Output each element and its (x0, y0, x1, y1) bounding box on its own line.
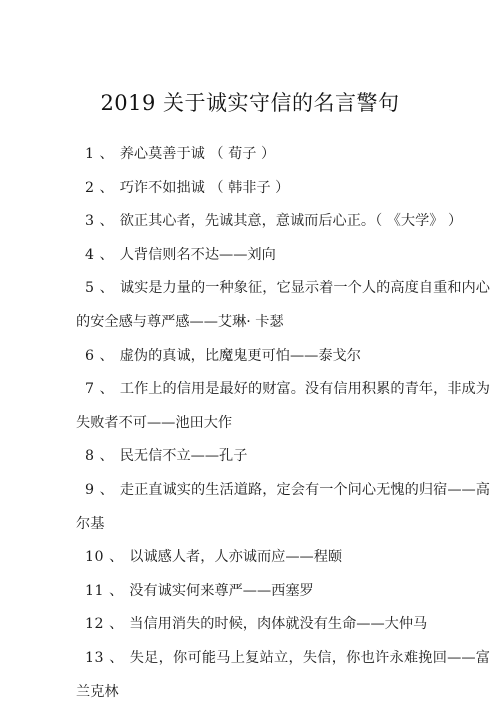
quote-number: 12 (85, 616, 104, 632)
quote-item-5: 5、诚实是力量的一种象征，它显示着一个人的高度自重和内心的安全感与尊严感——艾琳… (76, 272, 490, 339)
list-separator: 、 (100, 213, 114, 229)
document-title: 2019 关于诚实守信的名言警句 (0, 88, 500, 118)
quote-number: 11 (85, 583, 104, 599)
list-separator: 、 (100, 448, 114, 464)
quote-text: 以诚感人者，人亦诚而应——程颐 (129, 549, 342, 565)
quote-number: 13 (85, 650, 104, 666)
quote-text: 诚实是力量的一种象征，它显示着一个人的高度自重和内心的安全感与尊严感——艾琳· … (76, 280, 490, 330)
quote-item-7: 7、工作上的信用是最好的财富。没有信用积累的青年，非成为失败者不可——池田大作 (76, 373, 490, 440)
quote-text: 没有诚实何来尊严——西塞罗 (129, 583, 313, 599)
quote-item-13: 13、失足，你可能马上复站立，失信，你也许永难挽回——富兰克林 (76, 642, 490, 707)
quote-text: 工作上的信用是最好的财富。没有信用积累的青年，非成为失败者不可——池田大作 (76, 381, 490, 431)
quote-item-6: 6、虚伪的真诚，比魔鬼更可怕——泰戈尔 (76, 340, 490, 374)
quote-item-4: 4、人背信则名不达——刘向 (76, 239, 490, 273)
quote-number: 4 (85, 247, 95, 263)
list-separator: 、 (100, 180, 114, 196)
quote-number: 2 (85, 180, 95, 196)
document-page: 2019 关于诚实守信的名言警句 1、养心莫善于诚 （ 荀子 ） 2、巧诈不如拙… (0, 0, 500, 707)
quote-number: 6 (85, 348, 95, 364)
quote-list: 1、养心莫善于诚 （ 荀子 ） 2、巧诈不如拙诚 （ 韩非子 ） 3、欲正其心者… (76, 138, 490, 707)
list-separator: 、 (100, 381, 114, 397)
list-separator: 、 (100, 348, 114, 364)
quote-text: 巧诈不如拙诚 （ 韩非子 ） (120, 180, 290, 196)
quote-number: 3 (85, 213, 95, 229)
quote-text: 民无信不立——孔子 (120, 448, 248, 464)
list-separator: 、 (100, 280, 114, 296)
list-separator: 、 (109, 549, 123, 565)
quote-item-12: 12、当信用消失的时候，肉体就没有生命——大仲马 (76, 608, 490, 642)
quote-number: 8 (85, 448, 95, 464)
quote-item-3: 3、欲正其心者，先诚其意，意诚而后心正。（ 《大学》 ） (76, 205, 490, 239)
quote-text: 虚伪的真诚，比魔鬼更可怕——泰戈尔 (120, 348, 361, 364)
quote-text: 当信用消失的时候，肉体就没有生命——大仲马 (129, 616, 427, 632)
list-separator: 、 (109, 583, 123, 599)
quote-number: 5 (85, 280, 95, 296)
list-separator: 、 (109, 616, 123, 632)
quote-item-1: 1、养心莫善于诚 （ 荀子 ） (76, 138, 490, 172)
quote-number: 1 (85, 146, 95, 162)
quote-number: 9 (85, 482, 95, 498)
quote-text: 人背信则名不达——刘向 (120, 247, 276, 263)
quote-text: 养心莫善于诚 （ 荀子 ） (120, 146, 275, 162)
quote-item-11: 11、没有诚实何来尊严——西塞罗 (76, 575, 490, 609)
list-separator: 、 (109, 650, 124, 666)
quote-item-10: 10、以诚感人者，人亦诚而应——程颐 (76, 541, 490, 575)
quote-item-2: 2、巧诈不如拙诚 （ 韩非子 ） (76, 172, 490, 206)
quote-item-9: 9、走正直诚实的生活道路，定会有一个问心无愧的归宿——高尔基 (76, 474, 490, 541)
quote-number: 10 (85, 549, 104, 565)
quote-number: 7 (85, 381, 95, 397)
quote-item-8: 8、民无信不立——孔子 (76, 440, 490, 474)
list-separator: 、 (100, 482, 114, 498)
list-separator: 、 (100, 247, 114, 263)
quote-text: 失足，你可能马上复站立，失信，你也许永难挽回——富兰克林 (76, 650, 490, 700)
quote-text: 走正直诚实的生活道路，定会有一个问心无愧的归宿——高尔基 (76, 482, 490, 532)
quote-text: 欲正其心者，先诚其意，意诚而后心正。（ 《大学》 ） (120, 213, 462, 229)
list-separator: 、 (100, 146, 114, 162)
